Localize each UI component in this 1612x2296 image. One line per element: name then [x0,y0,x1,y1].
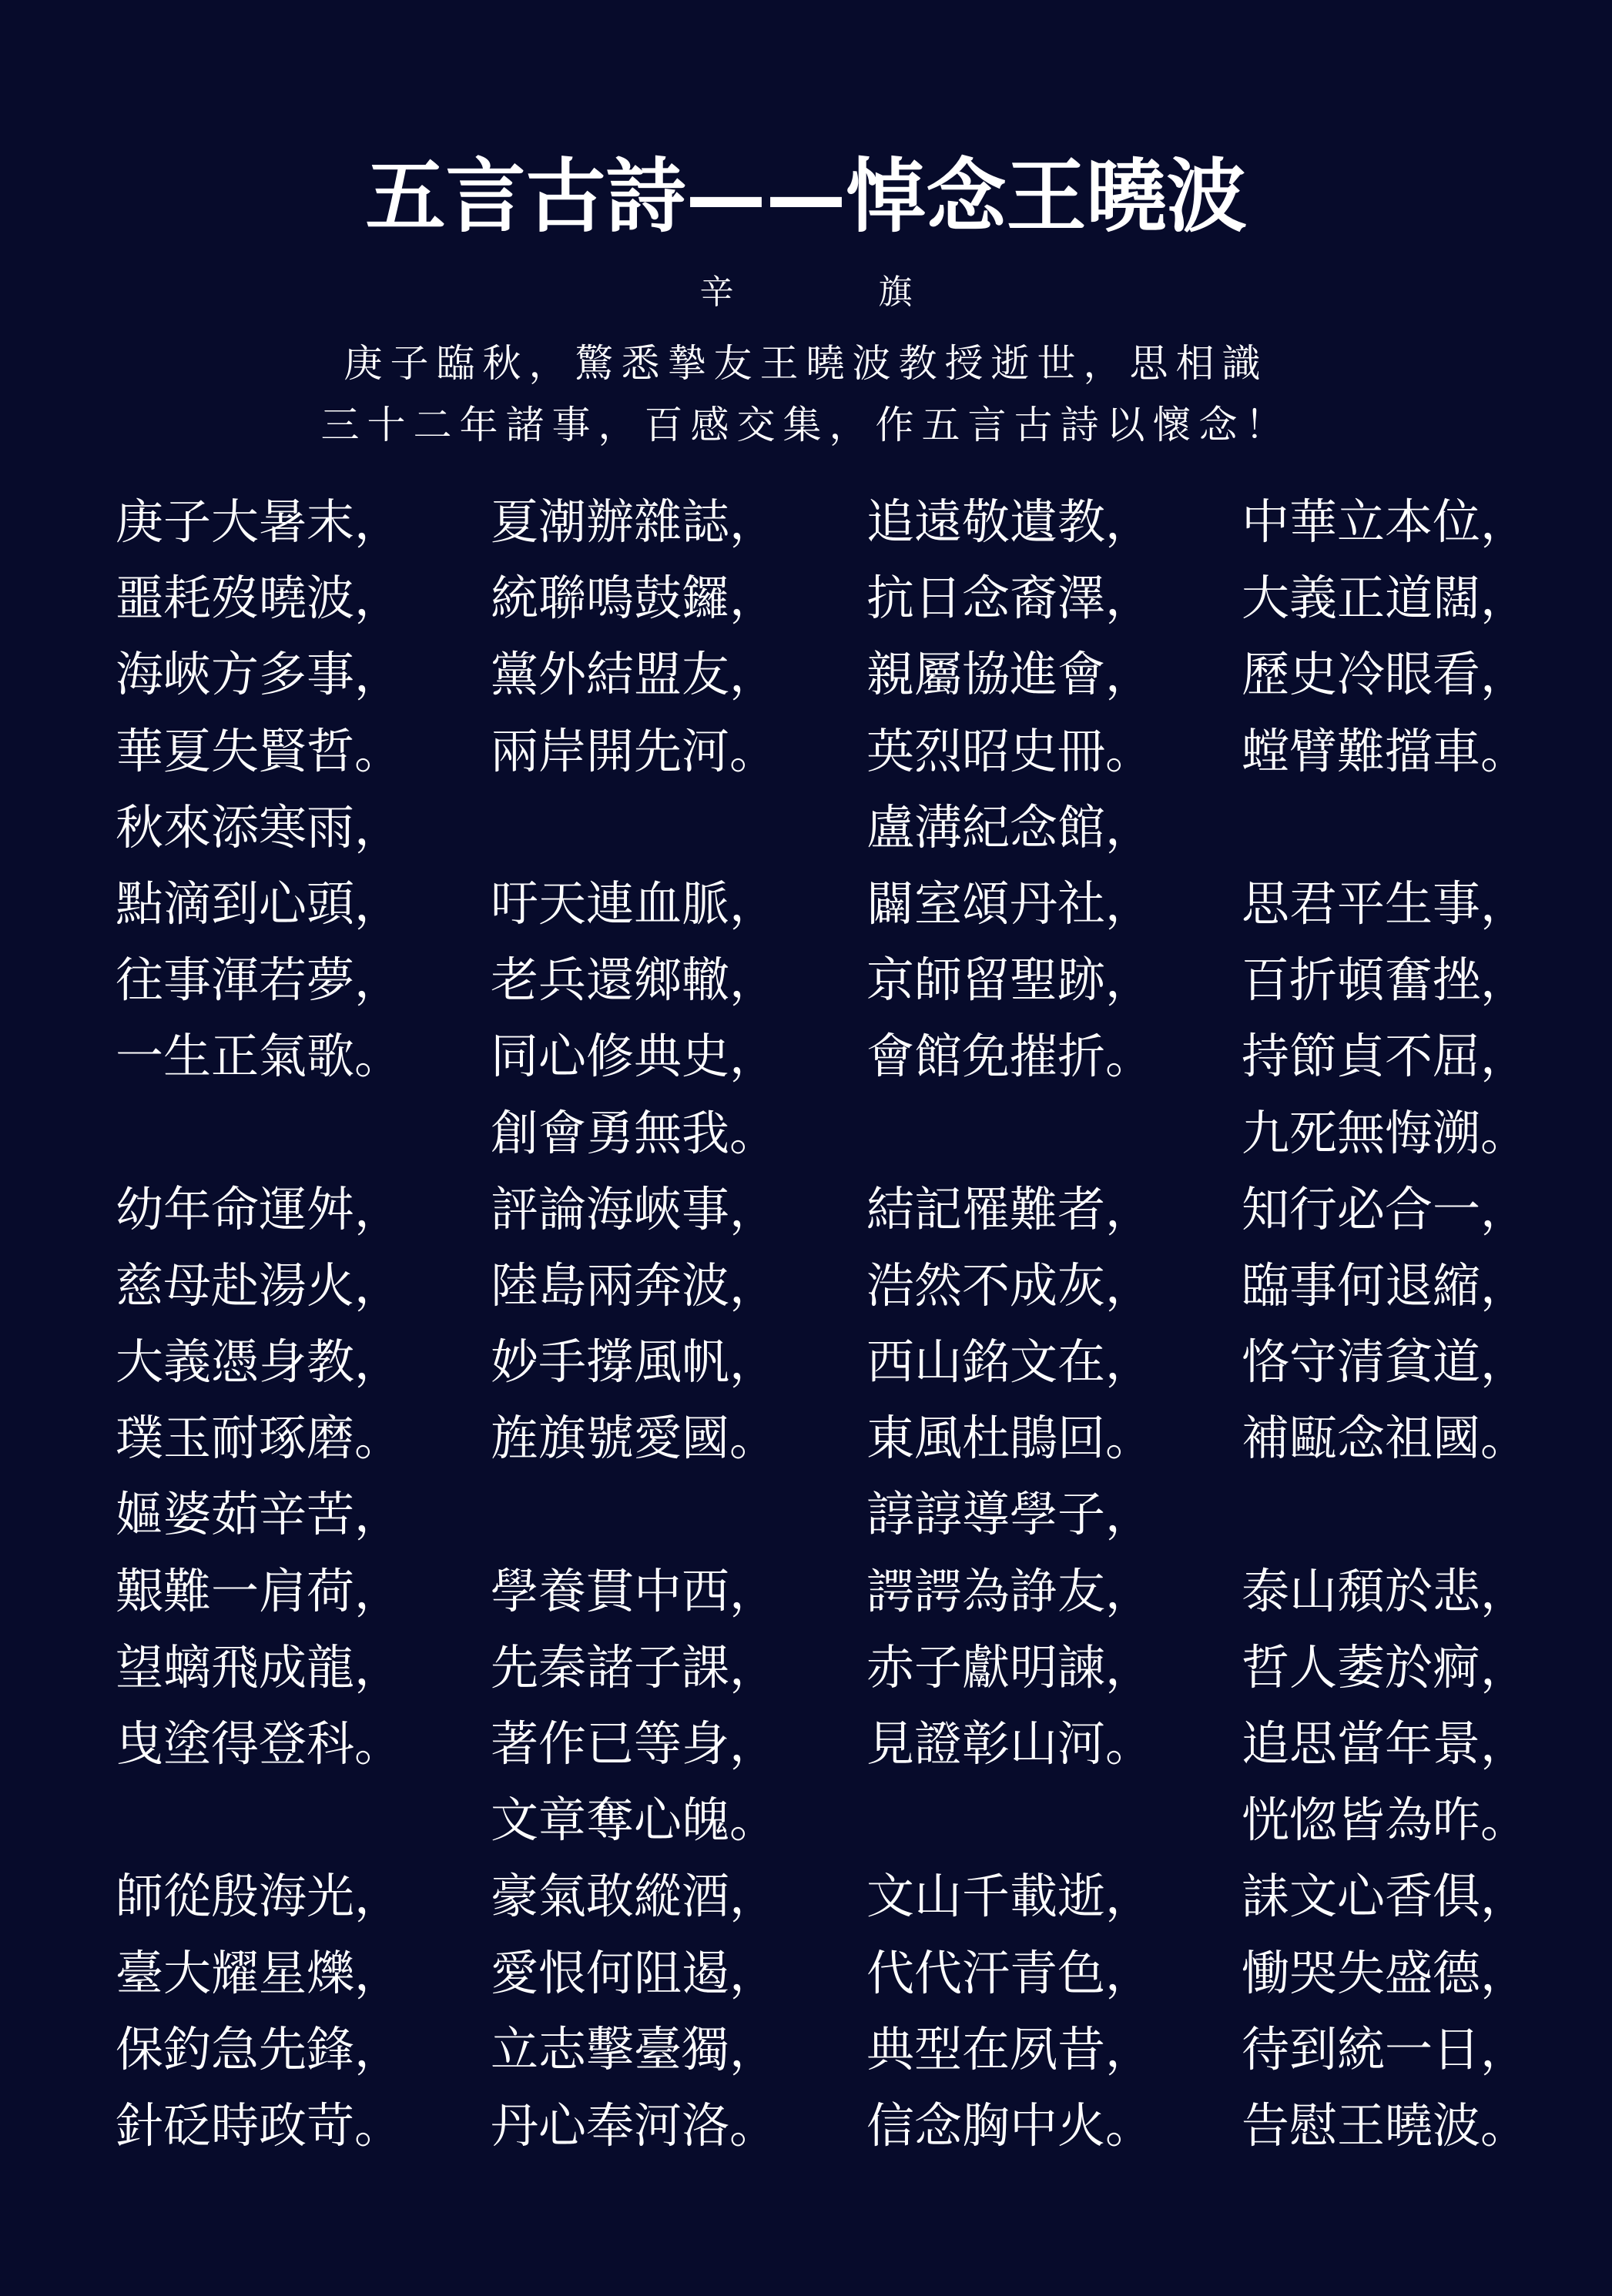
poem-line: 豪氣敢縱酒， [491,1858,860,1934]
poem-title: 五言古詩——悼念王曉波 [0,146,1612,246]
poem-line: 著作已等身， [491,1705,860,1782]
poem-line: 一生正氣歌。 [116,1018,485,1094]
poem-line: 會館免摧折。 [866,1018,1236,1094]
poem-line: 庚子大暑末， [116,484,485,560]
poem-line: 先秦諸子課， [491,1629,860,1705]
poem-line: 立志擊臺獨， [491,2011,860,2087]
poem-column-4: 中華立本位，大義正道闊，歷史冷眼看，螳臂難擋車。思君平生事，百折頓奮挫，持節貞不… [1242,484,1611,2164]
poem-column-3: 追遠敬遺教，抗日念裔澤，親屬協進會，英烈昭史冊。盧溝紀念館，闢室頌丹社，京師留聖… [866,484,1236,2164]
poem-column-1: 庚子大暑末，噩耗歿曉波，海峽方多事，華夏失賢哲。秋來添寒雨，點滴到心頭，往事渾若… [116,484,485,2164]
stanza-gap [1242,789,1611,865]
poem-line: 追思當年景， [1242,1705,1611,1782]
poem-line: 同心修典史， [491,1018,860,1094]
stanza-gap [866,1782,1236,1858]
poem-line: 艱難一肩荷， [116,1553,485,1629]
poem-line: 浩然不成灰， [866,1247,1236,1324]
poem-line: 中華立本位， [1242,484,1611,560]
poem-line: 點滴到心頭， [116,865,485,942]
poem-line: 知行必合一， [1242,1171,1611,1247]
poem-line: 學養貫中西， [491,1553,860,1629]
poem-line: 抗日念裔澤， [866,560,1236,636]
poem-line: 闢室頌丹社， [866,865,1236,942]
poem-line: 螳臂難擋車。 [1242,713,1611,789]
poem-line: 針砭時政苛。 [116,2087,485,2164]
poem-line: 師從殷海光， [116,1858,485,1934]
stanza-gap [1242,1476,1611,1552]
poem-line: 英烈昭史冊。 [866,713,1236,789]
poem-line: 哲人萎於痾， [1242,1629,1611,1705]
poem-line: 赤子獻明諫， [866,1629,1236,1705]
poem-line: 慟哭失盛德， [1242,1935,1611,2011]
poem-preface: 庚子臨秋，驚悉摯友王曉波教授逝世，思相識 三十二年諸事，百感交集，作五言古詩以懷… [0,333,1612,456]
poem-line: 告慰王曉波。 [1242,2087,1611,2164]
poem-line: 老兵還鄉轍， [491,942,860,1018]
poem-line: 泰山頹於悲， [1242,1553,1611,1629]
poem-line: 大義正道闊， [1242,560,1611,636]
poem-line: 待到統一日， [1242,2011,1611,2087]
poem-line: 華夏失賢哲。 [116,713,485,789]
poem-line: 親屬協進會， [866,636,1236,712]
poem-line: 黨外結盟友， [491,636,860,712]
poem-line: 吁天連血脈， [491,865,860,942]
poem-line: 恍惚皆為昨。 [1242,1782,1611,1858]
poem-line: 九死無悔溯。 [1242,1095,1611,1171]
poem-line: 幼年命運舛， [116,1171,485,1247]
poem-line: 諄諄導學子， [866,1476,1236,1552]
poem-line: 丹心奉河洛。 [491,2087,860,2164]
poem-line: 兩岸開先河。 [491,713,860,789]
poem-line: 盧溝紀念館， [866,789,1236,865]
author-name: 辛 旗 [0,269,1612,316]
poem-line: 臺大耀星爍， [116,1935,485,2011]
poem-line: 旌旗號愛國。 [491,1400,860,1476]
poem-line: 大義憑身教， [116,1324,485,1400]
stanza-gap [116,1782,485,1858]
poem-line: 歷史冷眼看， [1242,636,1611,712]
poem-line: 秋來添寒雨， [116,789,485,865]
poem-line: 夏潮辦雜誌， [491,484,860,560]
preface-line: 庚子臨秋，驚悉摯友王曉波教授逝世，思相識 [0,333,1612,394]
poem-line: 望螭飛成龍， [116,1629,485,1705]
poem-line: 統聯鳴鼓鑼， [491,560,860,636]
poem-line: 保釣急先鋒， [116,2011,485,2087]
poem-line: 往事渾若夢， [116,942,485,1018]
poem-line: 評論海峽事， [491,1171,860,1247]
poem-line: 補甌念祖國。 [1242,1400,1611,1476]
poem-line: 陸島兩奔波， [491,1247,860,1324]
poem-line: 代代汗青色， [866,1935,1236,2011]
poem-line: 臨事何退縮， [1242,1247,1611,1324]
poem-line: 結記罹難者， [866,1171,1236,1247]
poem-line: 曳塗得登科。 [116,1705,485,1782]
poem-line: 諤諤為諍友， [866,1553,1236,1629]
poem-line: 慈母赴湯火， [116,1247,485,1324]
poem-line: 妙手撐風帆， [491,1324,860,1400]
poem-line: 創會勇無我。 [491,1095,860,1171]
poem-line: 持節貞不屈， [1242,1018,1611,1094]
poem-line: 見證彰山河。 [866,1705,1236,1782]
stanza-gap [491,789,860,865]
poem-line: 噩耗歿曉波， [116,560,485,636]
poem-line: 思君平生事， [1242,865,1611,942]
stanza-gap [116,1095,485,1171]
poem-line: 文章奪心魄。 [491,1782,860,1858]
poem-line: 愛恨何阻遏， [491,1935,860,2011]
preface-line: 三十二年諸事，百感交集，作五言古詩以懷念！ [0,394,1612,456]
poem-line: 文山千載逝， [866,1858,1236,1934]
poem-line: 誄文心香俱， [1242,1858,1611,1934]
poem-line: 追遠敬遺教， [866,484,1236,560]
poem-column-2: 夏潮辦雜誌，統聯鳴鼓鑼，黨外結盟友，兩岸開先河。吁天連血脈，老兵還鄉轍，同心修典… [491,484,860,2164]
poem-line: 西山銘文在， [866,1324,1236,1400]
poem-line: 信念胸中火。 [866,2087,1236,2164]
poem-line: 海峽方多事， [116,636,485,712]
poem-line: 嫗婆茹辛苦， [116,1476,485,1552]
poem-line: 百折頓奮挫， [1242,942,1611,1018]
stanza-gap [491,1476,860,1552]
poem-line: 典型在夙昔， [866,2011,1236,2087]
stanza-gap [866,1095,1236,1171]
poem-line: 恪守清貧道， [1242,1324,1611,1400]
poem-line: 京師留聖跡， [866,942,1236,1018]
poem-line: 東風杜鵑回。 [866,1400,1236,1476]
poem-line: 璞玉耐琢磨。 [116,1400,485,1476]
